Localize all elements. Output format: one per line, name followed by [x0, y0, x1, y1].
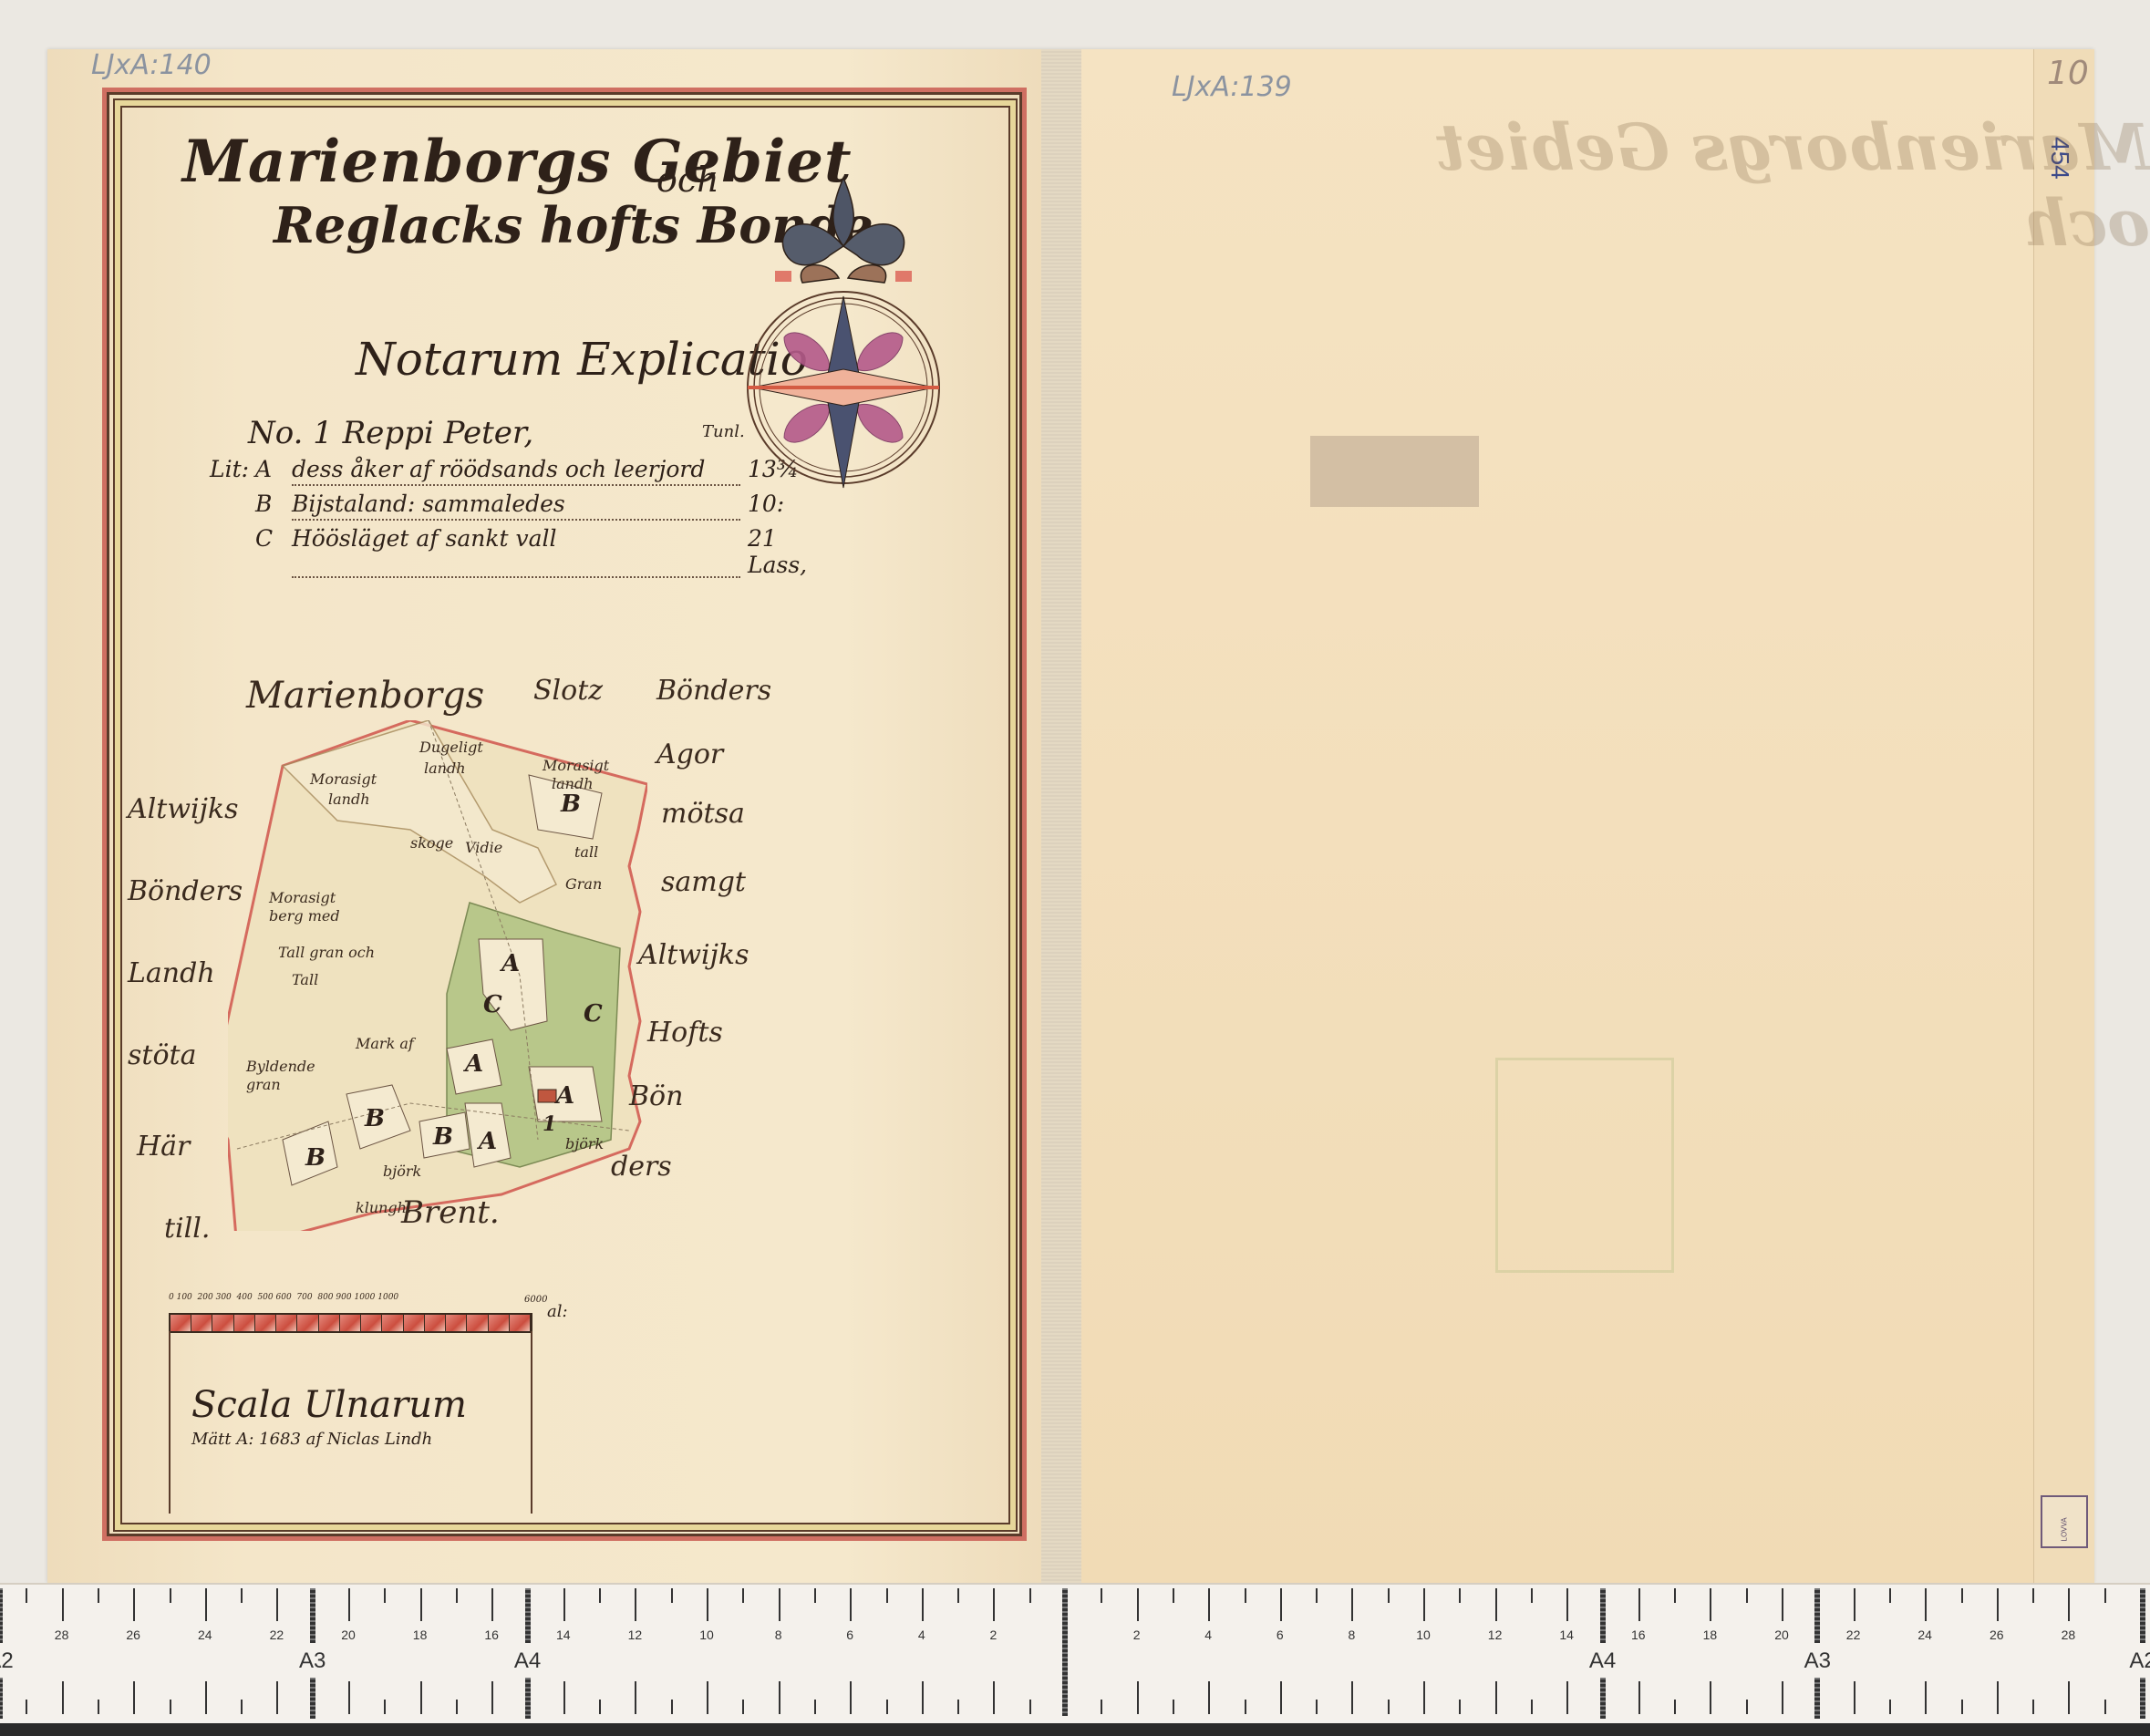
ruler-tick	[2104, 1700, 2106, 1714]
ruler-number: 10	[699, 1627, 714, 1642]
bleed-through-parcels	[1495, 1058, 1674, 1273]
ruler-tick	[26, 1588, 27, 1603]
ruler-tick	[1889, 1588, 1891, 1603]
ruler-tick	[1746, 1588, 1748, 1603]
ruler-major-mark	[1600, 1588, 1606, 1643]
ruler-tick	[1961, 1588, 1963, 1603]
ruler-tick	[241, 1588, 243, 1603]
label-left-stota: stöta	[128, 1039, 196, 1071]
ruler-tick	[1351, 1681, 1353, 1714]
ruler-tick	[1566, 1681, 1568, 1714]
ruler-tick	[1101, 1700, 1102, 1714]
ruler-tick	[1782, 1588, 1783, 1621]
legend-lit	[210, 491, 255, 521]
ruler-number: 26	[126, 1627, 140, 1642]
ruler-number: 12	[1488, 1627, 1503, 1642]
ruler-tick	[491, 1588, 493, 1621]
ruler-number: 22	[270, 1627, 284, 1642]
ruler-tick	[133, 1588, 135, 1621]
ruler-tick	[707, 1588, 708, 1621]
svg-text:A: A	[553, 1082, 574, 1110]
ruler-tick	[635, 1588, 636, 1621]
ruler-tick	[1638, 1588, 1640, 1621]
ruler-tick	[348, 1681, 350, 1714]
ruler-major-mark	[2140, 1678, 2145, 1719]
legend-desc: Bijstaland: sammaledes	[292, 491, 740, 521]
label-right-samgt: samgt	[661, 866, 746, 898]
ruler-tick	[1531, 1588, 1533, 1603]
ruler-number: 20	[341, 1627, 356, 1642]
ruler-number: 4	[918, 1627, 925, 1642]
ruler-tick	[922, 1681, 924, 1714]
svg-text:1: 1	[543, 1112, 556, 1136]
ruler-tick	[1854, 1588, 1855, 1621]
svg-text:björk: björk	[383, 1162, 421, 1180]
label-left-landh: Landh	[128, 957, 215, 989]
ruler-tick	[779, 1681, 780, 1714]
compass-rose-fleur-de-lis-icon	[739, 173, 948, 501]
svg-text:C: C	[483, 991, 502, 1018]
ruler-tick	[1782, 1681, 1783, 1714]
svg-text:Vidie: Vidie	[465, 839, 502, 856]
legend-desc: Höösläget af sankt vall	[292, 525, 740, 578]
ruler-tick	[26, 1700, 27, 1714]
ruler-tick	[814, 1700, 816, 1714]
ruler-tick	[1961, 1700, 1963, 1714]
ruler-tick	[957, 1700, 959, 1714]
scale-bar	[169, 1313, 532, 1333]
ruler-tick	[456, 1700, 458, 1714]
ruler-tick	[1459, 1700, 1461, 1714]
ruler-paper-size-label: A4	[514, 1648, 541, 1674]
ruler-tick	[1173, 1588, 1174, 1603]
ruler-tick	[850, 1588, 852, 1621]
ruler-tick	[707, 1681, 708, 1714]
label-marienborgs: Marienborgs	[246, 675, 484, 717]
ruler-tick	[98, 1700, 99, 1714]
ruler-tick	[348, 1588, 350, 1621]
label-left-bonders: Bönders	[128, 875, 243, 907]
ruler-tick	[276, 1588, 278, 1621]
ruler-number: 14	[1559, 1627, 1574, 1642]
svg-text:gran: gran	[246, 1076, 281, 1093]
ruler-tick	[2032, 1588, 2034, 1603]
right-page-margin	[2033, 49, 2094, 1583]
ruler-tick	[1710, 1588, 1711, 1621]
ruler-tick	[1245, 1700, 1246, 1714]
folio-number: 10	[2047, 55, 2089, 92]
ruler-tick	[1710, 1681, 1711, 1714]
svg-text:Mark af: Mark af	[355, 1035, 417, 1052]
svg-text:Morasigt: Morasigt	[542, 757, 610, 774]
ruler-tick	[1746, 1700, 1748, 1714]
ruler-tick	[957, 1588, 959, 1603]
ruler-tick	[1029, 1588, 1031, 1603]
ruler-tick	[742, 1588, 744, 1603]
ruler-paper-size-label: A2	[0, 1648, 14, 1674]
ruler-tick	[241, 1700, 243, 1714]
ruler-number: 14	[556, 1627, 571, 1642]
label-bonders-top: Bönders	[656, 675, 771, 707]
ruler-tick	[1208, 1681, 1210, 1714]
ruler-number: 10	[1416, 1627, 1431, 1642]
ruler-tick	[671, 1700, 673, 1714]
ruler-tick	[2104, 1588, 2106, 1603]
label-right-ders: ders	[611, 1151, 672, 1183]
ruler-number: 26	[1990, 1627, 2004, 1642]
scale-max-label: 6000	[524, 1295, 547, 1305]
ruler-number: 6	[1277, 1627, 1284, 1642]
ruler-paper-size-label: A3	[1804, 1648, 1831, 1674]
ruler-tick	[1674, 1588, 1676, 1603]
legend-key: C	[255, 525, 292, 578]
ruler-major-mark	[1814, 1678, 1820, 1719]
svg-text:skoge: skoge	[410, 834, 453, 852]
ruler-paper-size-label: A4	[1589, 1648, 1616, 1674]
ruler-tick	[62, 1588, 64, 1621]
ruler-tick	[62, 1681, 64, 1714]
ruler-tick	[635, 1681, 636, 1714]
svg-text:landh: landh	[328, 790, 370, 808]
ruler-number: 24	[198, 1627, 212, 1642]
ruler-tick	[170, 1588, 171, 1603]
svg-text:björk: björk	[565, 1135, 604, 1152]
ruler-tick	[1029, 1700, 1031, 1714]
ruler-tick	[1459, 1588, 1461, 1603]
label-right-altwijks: Altwijks	[638, 939, 749, 971]
svg-text:C: C	[584, 1000, 603, 1028]
ruler-tick	[1997, 1588, 1999, 1621]
ruler-tick	[1208, 1588, 1210, 1621]
ruler-number: 24	[1917, 1627, 1932, 1642]
legend-row-a: Lit: A dess åker af röödsands och leerjo…	[210, 456, 811, 486]
ruler-tick	[599, 1588, 601, 1603]
ruler-tick	[779, 1588, 780, 1621]
ruler-tick	[993, 1588, 995, 1621]
bleed-through-title: Marienborgs Gebiet och	[1286, 109, 2150, 261]
ruler-tick	[2068, 1681, 2070, 1714]
legend-desc: dess åker af röödsands och leerjord	[292, 456, 740, 486]
ruler-tick	[1351, 1588, 1353, 1621]
ruler-tick	[1423, 1681, 1425, 1714]
ruler-tick	[98, 1588, 99, 1603]
legend-key: A	[255, 456, 292, 486]
gauze-spine-repair	[1041, 49, 1081, 1583]
ruler-tick	[671, 1588, 673, 1603]
svg-text:Gran: Gran	[565, 875, 602, 893]
estate-map: Morasigtlandh Dugeligtlandh Morasigtland…	[228, 720, 647, 1231]
ruler-number: 16	[484, 1627, 499, 1642]
ruler-major-mark	[525, 1678, 531, 1719]
ruler-tick	[205, 1681, 207, 1714]
ruler-tick	[384, 1700, 386, 1714]
ruler-tick	[456, 1588, 458, 1603]
label-right-bon: Bön	[629, 1080, 683, 1112]
svg-text:Morasigt: Morasigt	[268, 889, 336, 906]
ruler-tick	[814, 1588, 816, 1603]
label-left-har: Här	[137, 1131, 190, 1162]
legend-lit	[210, 525, 255, 578]
ruler-number: 2	[989, 1627, 997, 1642]
ruler-tick	[1531, 1700, 1533, 1714]
label-right-hofts: Hofts	[647, 1017, 723, 1049]
right-page	[1081, 49, 2093, 1583]
label-left-altwijks: Altwijks	[128, 793, 238, 825]
ruler-tick	[170, 1700, 171, 1714]
svg-text:landh: landh	[424, 759, 466, 777]
ruler-tick	[1925, 1681, 1927, 1714]
label-right-agor: Agor	[656, 739, 723, 770]
ruler-tick	[2032, 1700, 2034, 1714]
ruler-tick	[1854, 1681, 1855, 1714]
svg-text:berg med: berg med	[269, 907, 340, 925]
svg-text:Byldende: Byldende	[245, 1058, 315, 1075]
ruler-number: 8	[775, 1627, 782, 1642]
ruler-tick	[993, 1681, 995, 1714]
ruler-tick	[850, 1681, 852, 1714]
svg-text:tall: tall	[574, 843, 598, 861]
ruler-tick	[886, 1700, 888, 1714]
scale-title: Scala Ulnarum	[191, 1384, 467, 1426]
svg-text:Morasigt: Morasigt	[309, 770, 377, 788]
ruler-tick	[1280, 1588, 1282, 1621]
ruler-number: 8	[1348, 1627, 1355, 1642]
label-right-motsa: mötsa	[661, 798, 745, 830]
ruler-tick	[1316, 1588, 1318, 1603]
ruler-number: 18	[1703, 1627, 1718, 1642]
legend-row-c: C Höösläget af sankt vall 21 Lass,	[210, 525, 811, 578]
svg-text:A: A	[499, 950, 520, 977]
ruler-tick	[1423, 1588, 1425, 1621]
svg-text:A: A	[462, 1050, 483, 1078]
ruler-major-mark	[2140, 1588, 2145, 1643]
label-brent: Brent.	[401, 1194, 500, 1231]
archive-reference-left: LJxA:140	[91, 49, 212, 81]
ruler-tick	[922, 1588, 924, 1621]
legend-value: 21 Lass,	[748, 525, 811, 578]
surveyor-credit: Mätt A: 1683 af Niclas Lindh	[191, 1430, 432, 1449]
ruler-tick	[599, 1700, 601, 1714]
ruler-tick	[1137, 1681, 1139, 1714]
ruler-number: 12	[628, 1627, 643, 1642]
svg-text:Dugeligt: Dugeligt	[419, 739, 483, 756]
ruler-center-mark	[1062, 1588, 1068, 1716]
ruler-number: 4	[1204, 1627, 1212, 1642]
map-title-och: och	[656, 160, 719, 200]
ruler-number: 28	[55, 1627, 69, 1642]
scale-tick-labels: 0 100 200 300 400 500 600 700 800 900 10…	[169, 1293, 398, 1302]
ruler-edge	[0, 1723, 2150, 1736]
ruler-major-mark	[525, 1588, 531, 1643]
ruler-paper-size-label: A3	[299, 1648, 326, 1674]
archive-reference-right: LJxA:139	[1172, 71, 1292, 103]
ruler-tick	[205, 1588, 207, 1621]
svg-text:B: B	[432, 1123, 453, 1151]
ruler-tick	[420, 1588, 422, 1621]
ruler-tick	[742, 1700, 744, 1714]
ruler-tick	[1245, 1588, 1246, 1603]
svg-text:Tall: Tall	[292, 971, 318, 988]
svg-text:B: B	[305, 1144, 326, 1172]
ruler-major-mark	[0, 1678, 3, 1719]
ruler-tick	[1495, 1681, 1497, 1714]
ruler-number: 2	[1133, 1627, 1141, 1642]
legend-row-b: B Bijstaland: sammaledes 10:	[210, 491, 811, 521]
ruler-number: 22	[1846, 1627, 1861, 1642]
ruler-tick	[1925, 1588, 1927, 1621]
ruler-tick	[276, 1681, 278, 1714]
ruler-major-mark	[310, 1588, 315, 1643]
ruler-tick	[1495, 1588, 1497, 1621]
ruler-number: 6	[846, 1627, 853, 1642]
ruler-tick	[1280, 1681, 1282, 1714]
ruler-number: 28	[2062, 1627, 2076, 1642]
ruler-major-mark	[310, 1678, 315, 1719]
ruler-tick	[1101, 1588, 1102, 1603]
svg-text:B: B	[560, 790, 581, 818]
ruler-tick	[133, 1681, 135, 1714]
ruler-tick	[420, 1681, 422, 1714]
legend-key: B	[255, 491, 292, 521]
paper-repair-patch	[1310, 436, 1479, 507]
legend-lit: Lit:	[210, 456, 255, 486]
ruler-tick	[1889, 1700, 1891, 1714]
ruler-tick	[491, 1681, 493, 1714]
ruler-tick	[1137, 1588, 1139, 1621]
ruler-tick	[1173, 1700, 1174, 1714]
label-left-till: till.	[164, 1213, 210, 1245]
ruler-tick	[563, 1588, 565, 1621]
label-slotz: Slotz	[533, 675, 603, 707]
svg-text:A: A	[476, 1128, 497, 1155]
scale-unit: al:	[547, 1302, 568, 1321]
ruler-tick	[886, 1588, 888, 1603]
ruler-tick	[1638, 1681, 1640, 1714]
ruler-major-mark	[1600, 1678, 1606, 1719]
ruler-tick	[1674, 1700, 1676, 1714]
ruler-number: 18	[413, 1627, 428, 1642]
ruler-number: 20	[1774, 1627, 1789, 1642]
ruler-tick	[2068, 1588, 2070, 1621]
ruler-tick	[1316, 1700, 1318, 1714]
ruler-tick	[1388, 1700, 1390, 1714]
svg-text:Tall gran och: Tall gran och	[278, 944, 375, 961]
ruler-tick	[1997, 1681, 1999, 1714]
archive-stamp: LOVVA	[2041, 1495, 2088, 1548]
ruler-number: 16	[1631, 1627, 1646, 1642]
svg-text:B: B	[364, 1105, 385, 1132]
legend-owner: No. 1 Reppi Peter,	[248, 415, 533, 451]
ruler-paper-size-label: A2	[2129, 1648, 2150, 1674]
ruler-major-mark	[1814, 1588, 1820, 1643]
ruler-tick	[563, 1681, 565, 1714]
ruler-tick	[1566, 1588, 1568, 1621]
ruler-tick	[1388, 1588, 1390, 1603]
ruler-tick	[384, 1588, 386, 1603]
ruler-major-mark	[0, 1588, 3, 1643]
